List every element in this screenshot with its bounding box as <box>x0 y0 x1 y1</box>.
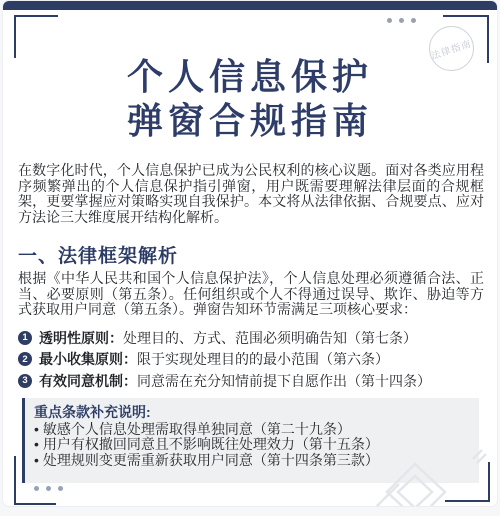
guide-card: 法律指南 个人信息保护 弹窗合规指南 在数字化时代，个人信息保护已成为公民权利的… <box>2 0 498 507</box>
note-bullet: •敏感个人信息处理需取得单独同意（第二十九条） <box>34 422 467 437</box>
dot-icon <box>46 486 51 491</box>
section-heading: 一、法律框架解析 <box>18 241 178 268</box>
principle-text: 同意需在充分知情前提下自愿作出（第十四条） <box>137 371 431 391</box>
principle-item: 2 最小收集原则： 限于实现处理目的的最小范围（第六条） <box>18 352 488 367</box>
note-box-heading: 重点条款补充说明: <box>34 404 467 421</box>
watermark-geometric-icon <box>343 446 495 507</box>
principle-item: 3 有效同意机制： 同意需在充分知情前提下自愿作出（第十四条） <box>18 373 488 388</box>
bullet-dot-icon: • <box>34 452 39 468</box>
number-badge-2: 2 <box>18 352 32 366</box>
dot-icon <box>411 18 416 23</box>
principle-label: 最小收集原则： <box>39 349 137 369</box>
section-body: 根据《中华人民共和国个人信息保护法》，个人信息处理必须遵循合法、正当、必要原则（… <box>18 271 484 318</box>
principle-text: 限于实现处理目的的最小范围（第六条） <box>137 349 389 369</box>
title-line-2: 弹窗合规指南 <box>3 99 497 143</box>
principle-text: 处理目的、方式、范围必须明确告知（第七条） <box>123 328 417 348</box>
intro-paragraph: 在数字化时代，个人信息保护已成为公民权利的核心议题。面对各类应用程序频繁弹出的个… <box>18 163 484 225</box>
principle-label: 有效同意机制： <box>39 371 137 391</box>
decor-dots-bottom <box>34 486 63 491</box>
dot-icon <box>399 18 404 23</box>
top-accent-bar <box>3 1 497 10</box>
bullet-dot-icon: • <box>34 421 39 437</box>
corner-bracket-top-left <box>14 15 58 58</box>
bullet-dot-icon: • <box>34 436 39 452</box>
dot-icon <box>58 486 63 491</box>
title-line-1: 个人信息保护 <box>3 55 497 99</box>
principle-list: 1 透明性原则： 处理目的、方式、范围必须明确告知（第七条） 2 最小收集原则：… <box>18 330 488 395</box>
dot-icon <box>34 486 39 491</box>
dot-icon <box>387 18 392 23</box>
decor-dots-top <box>387 18 416 23</box>
principle-item: 1 透明性原则： 处理目的、方式、范围必须明确告知（第七条） <box>18 330 488 345</box>
note-bullet-text: 敏感个人信息处理需取得单独同意（第二十九条） <box>43 421 351 437</box>
page-title: 个人信息保护 弹窗合规指南 <box>3 55 497 143</box>
number-badge-1: 1 <box>18 331 32 345</box>
principle-label: 透明性原则： <box>39 328 123 348</box>
number-badge-3: 3 <box>18 374 32 388</box>
note-bullet-text: 用户有权撤回同意且不影响既往处理效力（第十五条） <box>43 436 379 452</box>
note-bullet-text: 处理规则变更需重新获取用户同意（第十四条第三款） <box>43 452 379 468</box>
